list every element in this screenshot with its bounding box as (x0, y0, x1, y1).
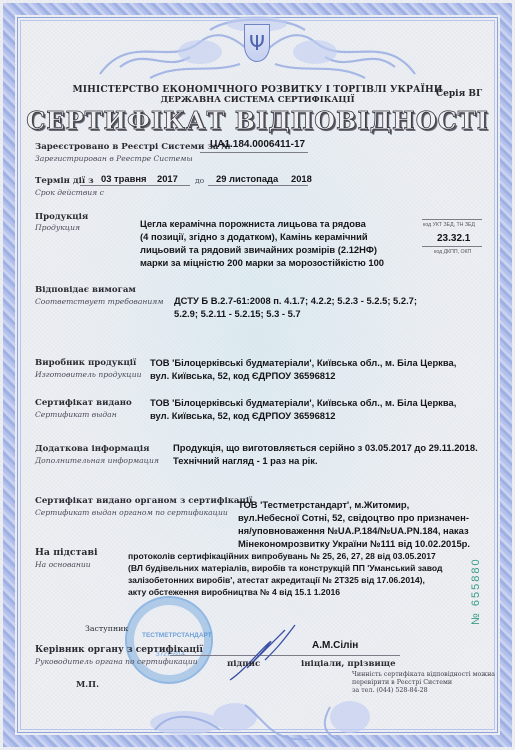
code-bottom-line (422, 246, 482, 247)
issuing-body-line-1: ТОВ 'Тестметрстандарт', м.Житомир, (238, 499, 409, 512)
stamp-company-name: ТЕСТМЕТРСТАНДАРТ (142, 632, 212, 639)
serial-number: № 655880 (470, 557, 482, 625)
code-top-label: код УКТ ЗЕД, ТН ЗЕД (423, 222, 475, 228)
additional-info-label-ru: Дополнительная информация (35, 456, 159, 465)
registration-number: UA1.184.0006411-17 (210, 139, 305, 152)
valid-from-year: 2017 (157, 173, 178, 186)
valid-from-date: 03 травня (101, 173, 146, 186)
issued-to-line-1: ТОВ 'Білоцерківські будматеріали', Київс… (150, 397, 456, 410)
additional-info-label: Додаткова інформація (35, 444, 150, 454)
verification-note-line-1: Чинність сертифіката відповідності можна (352, 671, 495, 679)
certificate-title: СЕРТИФІКАТ ВІДПОВІДНОСТІ (0, 106, 515, 135)
registration-underline (200, 152, 308, 153)
official-stamp (125, 596, 213, 684)
issuing-body-label-ru: Сертификат выдан органом по сертификации (35, 508, 228, 517)
certificate-page: Ψ МІНІСТЕРСТВО ЕКОНОМІЧНОГО РОЗВИТКУ І Т… (0, 0, 515, 750)
product-code: 23.32.1 (437, 233, 470, 246)
verification-note-line-2: перевірити в Реєстрі Системи (352, 679, 495, 687)
signatory-name: А.М.Сілін (312, 640, 358, 653)
issuing-body-line-2: вул.Небесної Сотні, 52, свідоцтво про пр… (238, 512, 469, 525)
manufacturer-line-1: ТОВ 'Білоцерківські будматеріали', Київс… (150, 357, 456, 370)
valid-to-year: 2018 (291, 173, 312, 186)
issuing-body-label: Сертифікат видано органом з сертифікації (35, 496, 252, 506)
registration-label-ru: Зарегистрирован в Реестре Системы (35, 154, 193, 163)
additional-info-line-2: Технічний нагляд - 1 раз на рік. (173, 455, 318, 468)
seal-label: М.П. (76, 679, 99, 689)
requirements-line-1: ДСТУ Б В.2.7-61:2008 п. 4.1.7; 4.2.2; 5.… (174, 295, 417, 308)
basis-line-1: протоколів сертифікаційних випробувань №… (128, 550, 436, 563)
verification-note: Чинність сертифіката відповідності можна… (352, 671, 495, 695)
manufacturer-label-ru: Изготовитель продукции (35, 370, 142, 379)
head-of-body-label-ru: Руководитель органа по сертификации (35, 657, 198, 666)
bottom-ornament-icon (70, 695, 370, 740)
product-label-ru: Продукция (35, 223, 80, 232)
product-line-3: лицьовий та рядовий звичайних розмірів (… (140, 244, 377, 257)
signature-caption: підпис (227, 659, 260, 669)
code-bottom-label: код ДКПП, ОКП (434, 249, 471, 255)
basis-line-3: залізобетонних виробів', атестат акредит… (128, 574, 425, 587)
requirements-label-ru: Соответствует требованиям (35, 297, 164, 306)
issued-to-label: Сертифікат видано (35, 398, 132, 408)
additional-info-line-1: Продукція, що виготовляється серійно з 0… (173, 442, 478, 455)
valid-to-underline (208, 185, 308, 186)
issued-to-label-ru: Сертификат выдан (35, 410, 117, 419)
deputy-label: Заступник (85, 624, 128, 633)
product-label: Продукція (35, 212, 88, 222)
head-of-body-label: Керівник органу з сертифікації (35, 645, 203, 655)
product-line-1: Цегла керамічна порожниста лицьова та ря… (140, 218, 366, 231)
manufacturer-line-2: вул. Київська, 52, код ЄДРПОУ 36596812 (150, 370, 335, 383)
signature-icon (225, 620, 305, 690)
basis-line-2: (ВЛ будівельних матеріалів, виробів та к… (128, 562, 442, 575)
validity-label-ru: Срок действия с (35, 188, 104, 197)
requirements-line-2: 5.2.9; 5.2.11 - 5.2.15; 5.3 - 5.7 (174, 308, 301, 321)
valid-to-date: 29 листопада (216, 173, 278, 186)
requirements-label: Відповідає вимогам (35, 285, 136, 295)
registration-label: Зареєстровано в Реєстрі Системи за № (35, 142, 231, 152)
name-caption: ініціали, прізвище (301, 659, 396, 669)
verification-note-line-3: за тел. (044) 528-84-28 (352, 687, 495, 695)
product-line-2: (4 позиції, згідно з додатком), Камінь к… (140, 231, 368, 244)
series-label: Серія ВГ (436, 89, 482, 99)
issuing-body-line-3: ня/уповноваження №UA.P.184/№UA.PN.184, н… (238, 525, 469, 538)
trident-icon: Ψ (244, 24, 270, 62)
validity-to-label: до (195, 176, 204, 185)
manufacturer-label: Виробник продукції (35, 358, 136, 368)
basis-label-ru: На основании (35, 560, 91, 569)
basis-label: На підставі (35, 547, 98, 558)
code-top-line (422, 219, 482, 220)
valid-from-underline (80, 185, 190, 186)
product-line-4: марки за міцністю 200 марки за морозості… (140, 257, 384, 270)
issuing-body-line-4: Мінекономрозвитку України №111 від 10.02… (238, 538, 470, 551)
issued-to-line-2: вул. Київська, 52, код ЄДРПОУ 36596812 (150, 410, 335, 423)
